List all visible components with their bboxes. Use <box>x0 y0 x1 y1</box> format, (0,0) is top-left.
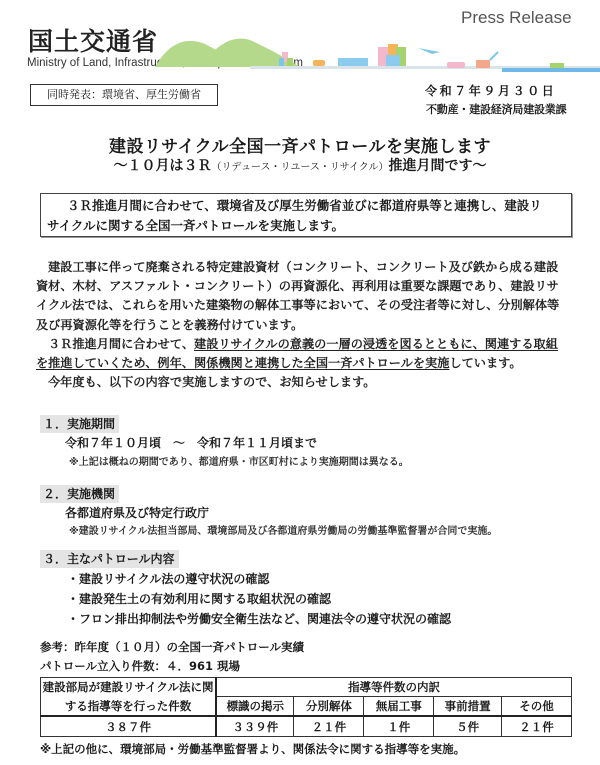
subtitle-prefix: ～１０月は３Ｒ <box>114 158 212 174</box>
patrol-item: ・フロン排出抑制法や労働安全衛生法など、関連法令の遵守状況の確認 <box>67 609 451 629</box>
period-note: ※上記は概ねの期間であり、都道府県・市区町村により実施期間は異なる。 <box>69 456 409 470</box>
joint-release-box: 同時発表：環境省、厚生労働省 <box>30 84 218 106</box>
table-col-header: 標識の掲示 <box>216 697 294 717</box>
table-group-header: 指導等件数の内訳 <box>216 678 571 697</box>
subtitle-note: （リデュース・リユース・リサイクル） <box>212 162 389 173</box>
page-title: 建設リサイクル全国一斉パトロールを実施します <box>0 132 600 157</box>
table-cell: ２１件 <box>294 716 364 737</box>
press-release-label: Press Release <box>461 8 572 28</box>
summary-line-2: サイクルに関する全国一斉パトロールを実施します。 <box>41 216 571 236</box>
agencies-text: 各都道府県及び特定行政庁 <box>65 504 209 522</box>
body-line: 資材、木材、アスファルト・コンクリート）の再資源化、再利用は重要な課題であり、建… <box>36 277 576 296</box>
table-col-header: 無届工事 <box>364 697 434 717</box>
table-row: ３８７件 ３３９件 ２１件 １件 ５件 ２１件 <box>41 716 572 737</box>
body-underlined: 建設リサイクルの意義の一層の浸透を図るとともに、関連する取組 <box>194 337 558 351</box>
period-text: 令和７年１０月頃 ～ 令和７年１１月頃まで <box>65 434 317 452</box>
table-cell: ３３９件 <box>216 716 294 737</box>
table-cell: １件 <box>364 716 434 737</box>
table-left-header-1: 建設部局が建設リサイクル法に関 <box>41 678 217 697</box>
summary-box: ３Ｒ推進月間に合わせて、環境省及び厚生労働省並びに都道府県等と連携し、建設リ サ… <box>40 193 572 237</box>
page-subtitle: ～１０月は３Ｒ（リデュース・リユース・リサイクル）推進月間です～ <box>0 155 600 175</box>
table-cell: ５件 <box>434 716 502 737</box>
body-plain: しています。 <box>449 356 521 370</box>
subtitle-suffix: 推進月間です～ <box>388 158 486 174</box>
table-col-header: その他 <box>502 697 572 717</box>
body-line: を推進していくため、例年、関係機関と連携した全国一斉パトロールを実施しています。 <box>36 354 576 373</box>
table-col-header: 事前措置 <box>434 697 502 717</box>
banner-illustration <box>150 22 600 72</box>
patrol-item: ・建設リサイクル法の遵守状況の確認 <box>67 569 269 589</box>
body-underlined: を推進していくため、例年、関係機関と連携した全国一斉パトロールを実施 <box>36 356 449 370</box>
body-line: 今年度も、以下の内容で実施しますので、お知らせします。 <box>36 373 576 392</box>
section-heading-agencies: ２．実施機関 <box>40 485 119 503</box>
table-col-header: 分別解体 <box>294 697 364 717</box>
section-heading-contents: ３．主なパトロール内容 <box>40 550 179 568</box>
table-total: ３８７件 <box>41 716 217 737</box>
body-line: イクル法では、これらを用いた建築物の解体工事等において、その受注者等に対し、分別… <box>36 296 576 315</box>
release-date: 令和７年９月３０日 <box>425 82 556 99</box>
results-table: 建設部局が建設リサイクル法に関 指導等件数の内訳 する指導等を行った件数 標識の… <box>40 677 572 737</box>
table-cell: ２１件 <box>502 716 572 737</box>
table-left-header-2: する指導等を行った件数 <box>41 697 217 717</box>
body-plain: ３Ｒ推進月間に合わせて、 <box>48 337 194 351</box>
ministry-logo-jp: 国土交通省 <box>28 27 158 57</box>
body-line: ３Ｒ推進月間に合わせて、建設リサイクルの意義の一層の浸透を図るとともに、関連する… <box>36 335 576 354</box>
agencies-note: ※建設リサイクル法担当部局、環境部局及び各都道府県労働局の労働基準監督署が合同で… <box>69 525 497 539</box>
section-heading-period: １．実施期間 <box>40 415 119 433</box>
reference-label: 参考：昨年度（１０月）の全国一斉パトロール実績 <box>40 638 304 656</box>
body-line: 建設工事に伴って廃棄される特定建設資材（コンクリート、コンクリート及び鉄から成る… <box>36 258 576 277</box>
issuing-department: 不動産・建設経済局建設業課 <box>426 101 566 117</box>
body-line: 及び再資源化等を行うことを義務付けています。 <box>36 316 576 335</box>
reference-visits: パトロール立入り件数：４．961 現場 <box>40 657 240 675</box>
body-text: 建設工事に伴って廃棄される特定建設資材（コンクリート、コンクリート及び鉄から成る… <box>36 258 576 392</box>
footnote: ※上記の他に、環境部局・労働基準監督署より、関係法令に関する指導等を実施。 <box>40 741 465 757</box>
patrol-item: ・建設発生土の有効利用に関する取組状況の確認 <box>67 589 331 609</box>
summary-line-1: ３Ｒ推進月間に合わせて、環境省及び厚生労働省並びに都道府県等と連携し、建設リ <box>41 196 571 216</box>
